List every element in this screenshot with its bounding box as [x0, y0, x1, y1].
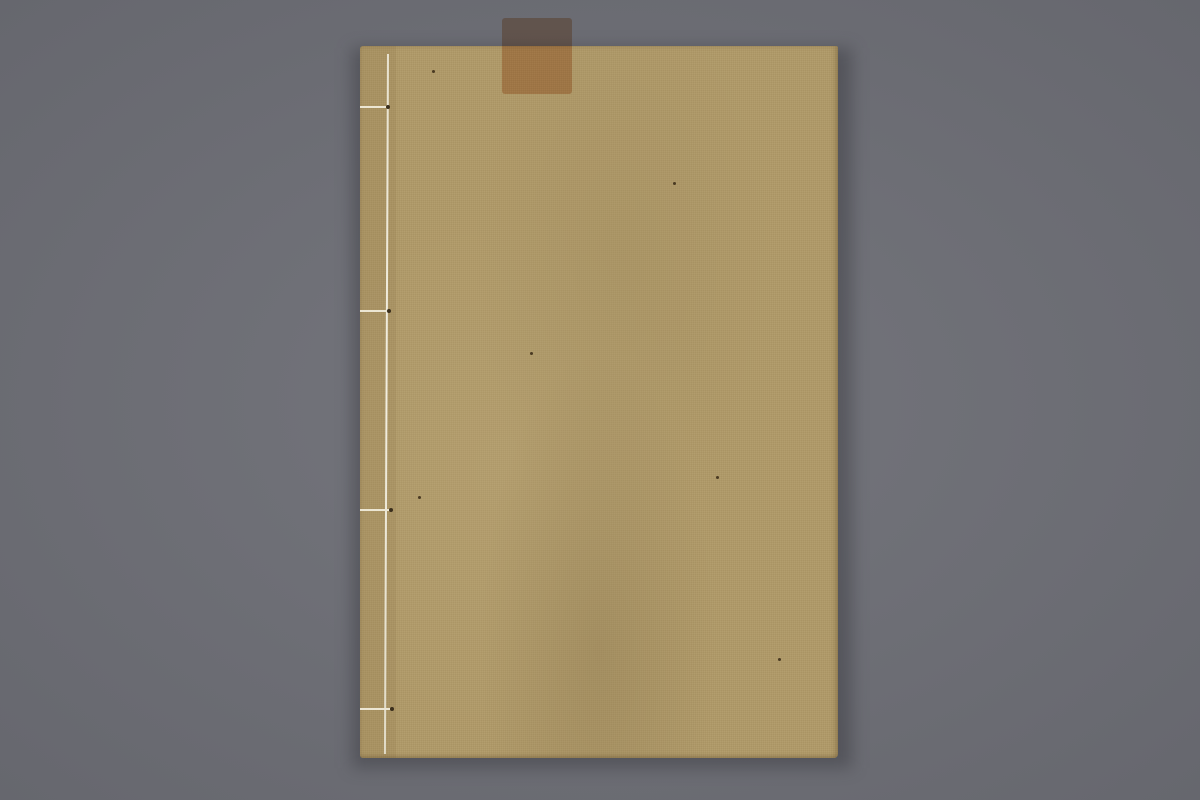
stitch-hole-1 [386, 105, 390, 109]
cover-speck [716, 476, 719, 479]
stitch-hole-2 [387, 309, 391, 313]
spine-binding-area [360, 46, 396, 758]
binding-stitch-2 [360, 310, 390, 312]
stitch-hole-3 [389, 508, 393, 512]
cover-speck [778, 658, 781, 661]
cover-speck [530, 352, 533, 355]
red-seal-stamp [502, 18, 572, 94]
cover-speck [432, 70, 435, 73]
stitch-hole-4 [390, 707, 394, 711]
cover-speck [418, 496, 421, 499]
thread-bound-book [360, 46, 838, 758]
binding-stitch-3 [360, 509, 390, 511]
binding-stitch-4 [360, 708, 390, 710]
cover-speck [673, 182, 676, 185]
